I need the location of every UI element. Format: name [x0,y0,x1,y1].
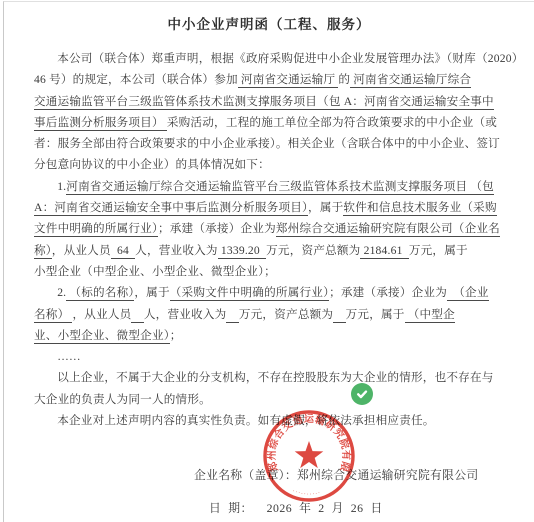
static-text: ，属于 [134,286,169,299]
declaration-line: 者：服务全部由符合政策要求的中小企业承接）。相关企业（含联合体中的中小企业、签订 [34,133,516,154]
static-text: 2. [57,286,66,299]
filled-blank-text: （企业 [447,286,489,301]
declaration-line: 名称） ，从业人员 人，营业收入为 万元，资产总额为 万元，属于 （中型企 [34,304,516,325]
filled-blank-text: 64 [111,244,135,259]
static-text: ； [170,329,182,342]
static-text: ，从业人员 [52,244,111,257]
static-text: ，属于 [308,201,343,214]
static-text: 人，营业收入为 [135,244,218,257]
declaration-line: 业、小型企业、微型企业）； [34,325,516,346]
filled-blank-text: （标的名称） [66,286,134,301]
declaration-line: 本公司（联合体）郑重声明，根据《政府采购促进中小企业发展管理办法》（财库（202… [34,48,516,69]
static-text: 者：服务全部由符合政策要求的中小企业承接）。相关企业（含联合体中的中小企业、签订 [34,137,500,150]
static-text: 46 号）的规定，本公司（联合体）参加 [34,73,238,86]
filled-blank-text: 1339.20 [218,244,266,259]
declaration-line: 以上企业，不属于大企业的分支机构，不存在控股股东为大企业的情形，也不存在与 [34,367,516,388]
declaration-line: 本企业对上述声明内容的真实性负责。如有虚假，将依法承担相应责任。 [34,410,516,431]
declaration-line: 大企业的负责人为同一人的情形。 [34,389,516,410]
filled-blank-text: 2184.61 [360,244,408,259]
static-text: 1. [57,180,66,193]
seal-bottom-marks: ·········· [291,489,322,498]
date-line: 日 期： 2026 年 2 月 26 日 [209,499,383,516]
declaration-line: 称），从业人员 64 人，营业收入为 1339.20 万元，资产总额为 2184… [34,240,516,261]
filled-blank-text [333,308,345,323]
declaration-line: A：河南省交通运输安全事中事后监测分析服务项目），属于软件和信息技术服务业（采购 [34,197,516,218]
static-text: 采购活动，工程的施工单位全部为符合政策要求的中小企业（或 [167,116,497,129]
filled-blank-text: 名称） [34,308,72,323]
filled-blank-text: 郑州综合交通运输研究院有限公司（企业名 [276,222,500,237]
static-text: 的 [338,73,350,86]
static-text: 小型企业（中型企业、小型企业、微型企业）； [34,265,276,278]
declaration-body: 本公司（联合体）郑重声明，根据《政府采购促进中小企业发展管理办法》（财库（202… [34,48,516,431]
filled-blank-text: 文件中明确的所属行业） [34,222,158,237]
filled-blank-text: 交通运输监管平台三级监管体系技术监测支撑服务项目（包 A：河南省交通运输安全事中 [34,95,494,110]
filled-blank-text: 业、小型企业、微型企业） [34,329,170,344]
static-text: 人，营业收入为 [144,308,227,321]
verified-check-icon [351,383,373,405]
static-text: ；承建（承接）企业为 [329,286,447,299]
declaration-line: 文件中明确的所属行业）；承建（承接）企业为郑州综合交通运输研究院有限公司（企业名 [34,218,516,239]
declaration-line: 2. （标的名称），属于（采购文件中明确的所属行业）；承建（承接）企业为 （企业 [34,282,516,303]
static-text: 本企业对上述声明内容的真实性负责。如有虚假，将依法承担相应责任。 [57,414,434,427]
filled-blank-text: A：河南省交通运输安全事中事后监测分析服务项目） [34,201,308,216]
static-text: 大企业的负责人为同一人的情形。 [34,393,211,406]
filled-blank-text: 河南省交通运输厅综合 [350,73,471,88]
static-text: 以上企业，不属于大企业的分支机构，不存在控股股东为大企业的情形，也不存在与 [57,371,493,384]
filled-blank-text [226,308,238,323]
signature-company: 郑州综合交通运输研究院有限公司 [297,468,478,482]
declaration-line: 分包意向协议的中小企业）的具体情况如下： [34,154,516,175]
seal-star-icon [295,441,324,468]
static-text: 本公司（联合体）郑重声明，根据《政府采购促进中小企业发展管理办法》（财库（202… [57,52,523,65]
filled-blank-text: 河南省交通运输厅 [238,73,339,88]
static-text: 分包意向协议的中小企业）的具体情况如下： [34,158,270,171]
filled-blank-text: 称） [34,244,52,259]
filled-blank-text: （中型企 [405,308,455,323]
signature-line: 企业名称（盖章）：郑州综合交通运输研究院有限公司 [194,466,478,483]
static-text: …… [57,350,81,363]
static-text: 万元，资产总额为 [266,244,360,257]
declaration-line: 事后监测分析服务项目） 采购活动，工程的施工单位全部为符合政策要求的中小企业（或 [34,112,516,133]
document-page: 中小企业声明函（工程、服务） 本公司（联合体）郑重声明，根据《政府采购促进中小企… [3,1,534,522]
filled-blank-text: 事后监测分析服务项目） [34,116,167,131]
filled-blank-text: （采购文件中明确的所属行业） [170,286,329,301]
static-text: 万元，资产总额为 [239,308,333,321]
declaration-line: 交通运输监管平台三级监管体系技术监测支撑服务项目（包 A：河南省交通运输安全事中 [34,91,516,112]
declaration-line: 46 号）的规定，本公司（联合体）参加 河南省交通运输厅 的 河南省交通运输厅综… [34,69,516,90]
declaration-line: …… [34,346,516,367]
check-glyph [355,387,369,401]
declaration-line: 1.河南省交通运输厅综合交通运输监管平台三级监管体系技术监测支撑服务项目 （包 [34,176,516,197]
document-title: 中小企业声明函（工程、服务） [4,13,534,33]
filled-blank-text: 软件和信息技术服务业（采购 [343,201,496,216]
signature-label: 企业名称（盖章）： [194,468,297,482]
filled-blank-text: 河南省交通运输厅综合交通运输监管平台三级监管体系技术监测支撑服务项目 （包 [66,180,494,195]
static-text: 万元，属于 [346,308,405,321]
static-text: 万元，属于 [409,244,468,257]
declaration-line: 小型企业（中型企业、小型企业、微型企业）； [34,261,516,282]
static-text: ，从业人员 [72,308,131,321]
static-text: ；承建（承接）企业为 [158,222,276,235]
filled-blank-text [131,308,143,323]
